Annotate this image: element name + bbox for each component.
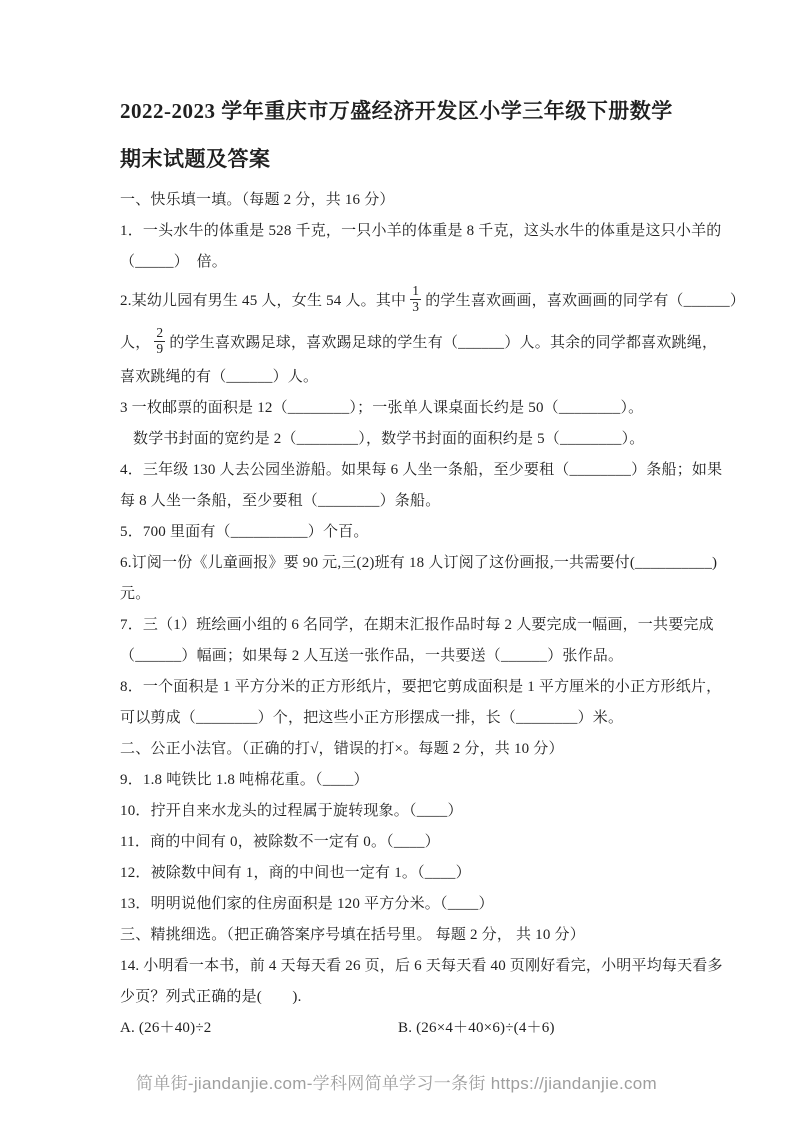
question-4-line-1: 4．三年级 130 人去公园坐游船。如果每 6 人坐一条船，至少要租（_____… xyxy=(120,455,677,486)
question-10: 10．拧开自来水龙头的过程属于旋转现象。（____） xyxy=(120,796,677,827)
question-2-line-1-post: 的学生喜欢画画，喜欢画画的同学有（______） xyxy=(425,289,745,310)
exam-paper-page: 2022-2023 学年重庆市万盛经济开发区小学三年级下册数学 期末试题及答案 … xyxy=(0,0,793,1122)
question-12: 12．被除数中间有 1，商的中间也一定有 1。（____） xyxy=(120,858,677,889)
question-14-options: A. (26＋40)÷2 B. (26×4＋40×6)÷(4＋6) xyxy=(120,1013,677,1044)
question-7-line-1: 7．三（1）班绘画小组的 6 名同学，在期末汇报作品时每 2 人要完成一幅画，一… xyxy=(120,610,677,641)
question-8-line-2: 可以剪成（________）个，把这些小正方形摆成一排，长（________）米… xyxy=(120,703,677,734)
question-9: 9．1.8 吨铁比 1.8 吨棉花重。（____） xyxy=(120,765,677,796)
question-6-line-2: 元。 xyxy=(120,579,677,610)
fraction-numerator: 2 xyxy=(156,326,163,341)
question-1-line-1: 1．一头水牛的体重是 528 千克，一只小羊的体重是 8 千克，这头水牛的体重是… xyxy=(120,216,677,247)
question-2-line-2-pre: 人， xyxy=(120,331,150,352)
question-2-line-1-pre: 2.某幼儿园有男生 45 人，女生 54 人。其中 xyxy=(120,289,406,310)
question-1-line-2: （_____） 倍。 xyxy=(120,247,677,278)
question-7-line-2: （______）幅画；如果每 2 人互送一张作品，一共要送（______）张作品… xyxy=(120,641,677,672)
question-2-line-1: 2.某幼儿园有男生 45 人，女生 54 人。其中 1 3 的学生喜欢画画，喜欢… xyxy=(120,278,677,320)
question-13: 13．明明说他们家的住房面积是 120 平方分米。（____） xyxy=(120,889,677,920)
question-3-line-2: 数学书封面的宽约是 2（________），数学书封面的面积约是 5（_____… xyxy=(120,424,677,455)
fraction-denominator: 3 xyxy=(410,299,421,315)
fraction-denominator: 9 xyxy=(154,341,165,357)
fraction-numerator: 1 xyxy=(412,284,419,299)
question-6-line-1: 6.订阅一份《儿童画报》要 90 元,三(2)班有 18 人订阅了这份画报,一共… xyxy=(120,548,677,579)
question-3-line-1: 3 一枚邮票的面积是 12（________）；一张单人课桌面长约是 50（__… xyxy=(120,393,677,424)
question-14-line-1: 14. 小明看一本书，前 4 天每天看 26 页，后 6 天每天看 40 页刚好… xyxy=(120,951,677,982)
question-8-line-1: 8．一个面积是 1 平方分米的正方形纸片，要把它剪成面积是 1 平方厘米的小正方… xyxy=(120,672,677,703)
question-2-line-3: 喜欢跳绳的有（______）人。 xyxy=(120,362,677,393)
question-2-line-2-post: 的学生喜欢踢足球，喜欢踢足球的学生有（______）人。其余的同学都喜欢跳绳， xyxy=(169,331,717,352)
fraction-two-ninths: 2 9 xyxy=(154,326,165,357)
option-a: A. (26＋40)÷2 xyxy=(120,1013,398,1044)
section-2-heading: 二、公正小法官。（正确的打√，错误的打×。每题 2 分，共 10 分） xyxy=(120,734,677,765)
document-title-line-2: 期末试题及答案 xyxy=(120,144,677,174)
question-5: 5．700 里面有（__________）个百。 xyxy=(120,517,677,548)
question-4-line-2: 每 8 人坐一条船，至少要租（________）条船。 xyxy=(120,486,677,517)
question-2-line-2: 人， 2 9 的学生喜欢踢足球，喜欢踢足球的学生有（______）人。其余的同学… xyxy=(120,320,677,362)
document-title-line-1: 2022-2023 学年重庆市万盛经济开发区小学三年级下册数学 xyxy=(120,99,673,123)
document-title: 2022-2023 学年重庆市万盛经济开发区小学三年级下册数学 期末试题及答案 xyxy=(120,96,677,174)
option-b: B. (26×4＋40×6)÷(4＋6) xyxy=(398,1013,555,1044)
section-1-heading: 一、快乐填一填。（每题 2 分，共 16 分） xyxy=(120,185,677,216)
fraction-one-third: 1 3 xyxy=(410,284,421,315)
question-14-line-2: 少页？列式正确的是( ). xyxy=(120,982,677,1013)
question-11: 11．商的中间有 0，被除数不一定有 0。（____） xyxy=(120,827,677,858)
section-3-heading: 三、精挑细选。（把正确答案序号填在括号里。 每题 2 分， 共 10 分） xyxy=(120,920,677,951)
footer-watermark: 简单街-jiandanjie.com-学科网简单学习一条街 https://ji… xyxy=(0,1069,793,1094)
